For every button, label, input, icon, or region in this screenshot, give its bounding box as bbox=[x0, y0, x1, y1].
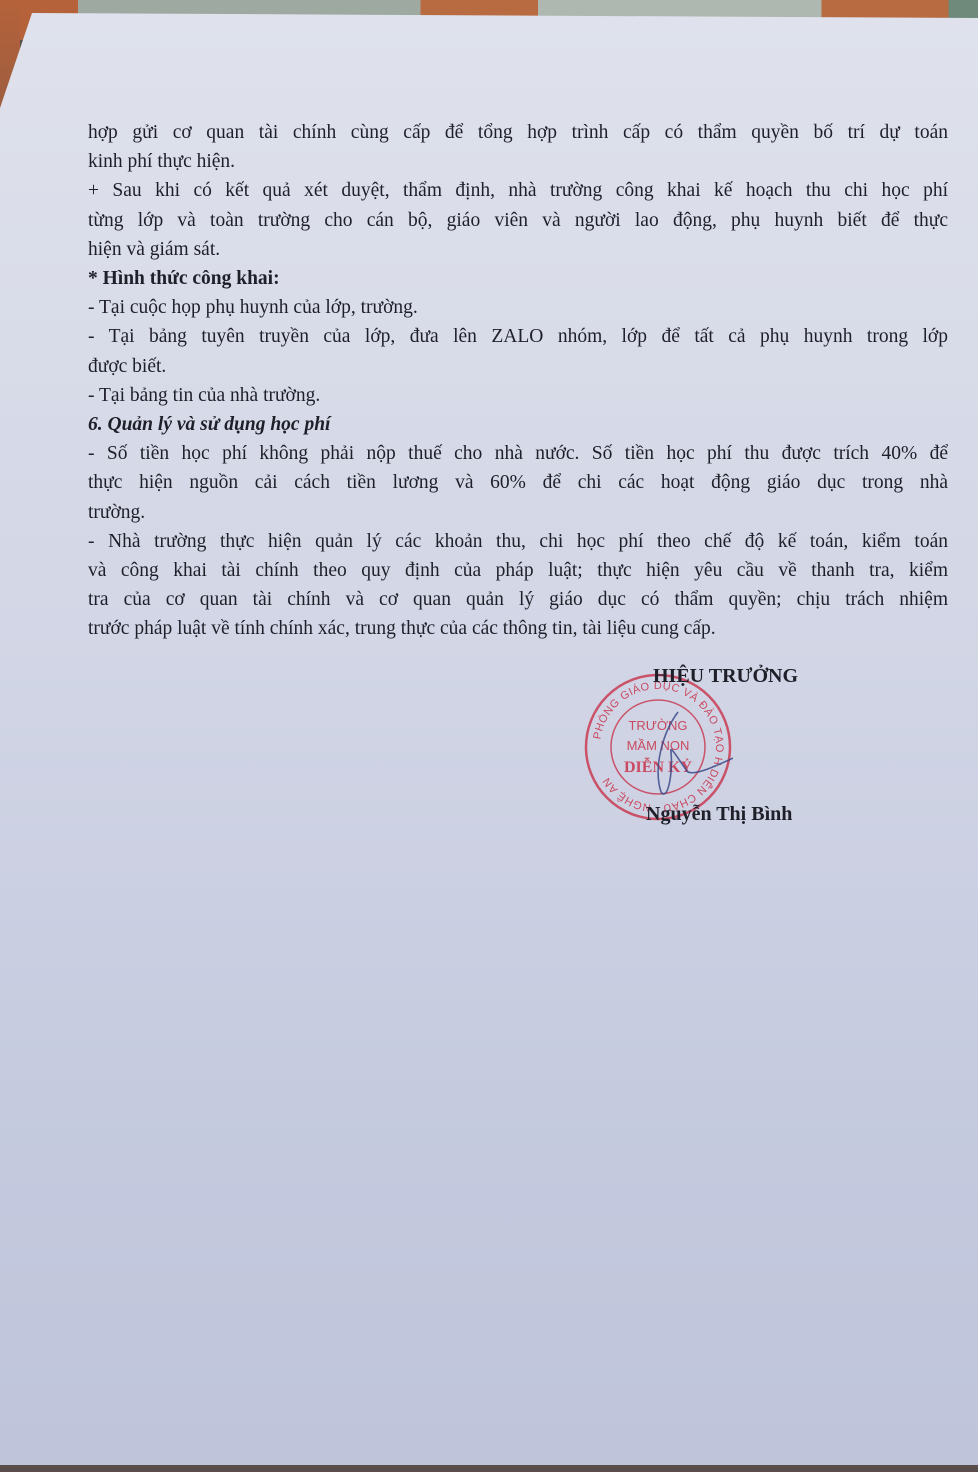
text-line: được biết. bbox=[88, 352, 948, 381]
text-line: 6. Quản lý và sử dụng học phí bbox=[88, 410, 948, 439]
signer-name: Nguyễn Thị Bình bbox=[646, 803, 792, 826]
text-line: hợp gửi cơ quan tài chính cùng cấp để tổ… bbox=[88, 118, 948, 147]
text-line: trước pháp luật về tính chính xác, trung… bbox=[88, 614, 948, 643]
text-line: thực hiện nguồn cải cách tiền lương và 6… bbox=[88, 468, 948, 497]
text-line: - Số tiền học phí không phải nộp thuế ch… bbox=[88, 439, 948, 468]
text-line: - Tại cuộc họp phụ huynh của lớp, trường… bbox=[88, 293, 948, 322]
text-line: - Tại bảng tuyên truyền của lớp, đưa lên… bbox=[88, 322, 948, 351]
svg-text:MẦM NON: MẦM NON bbox=[627, 738, 690, 753]
svg-text:TRƯỜNG: TRƯỜNG bbox=[628, 718, 687, 733]
text-line: từng lớp và toàn trường cho cán bộ, giáo… bbox=[88, 206, 948, 235]
text-line: tra của cơ quan tài chính và cơ quan quả… bbox=[88, 585, 948, 614]
school-stamp: PHÒNG GIÁO DỤC VÀ ĐÀO TẠO H.DIỄN CHÂU - … bbox=[583, 672, 733, 822]
text-line: - Tại bảng tin của nhà trường. bbox=[88, 381, 948, 410]
text-line: và công khai tài chính theo quy định của… bbox=[88, 556, 948, 585]
document-body: hợp gửi cơ quan tài chính cùng cấp để tổ… bbox=[88, 118, 948, 644]
text-line: trường. bbox=[88, 498, 948, 527]
signature-title: HIỆU TRƯỞNG bbox=[653, 665, 798, 688]
text-line: + Sau khi có kết quả xét duyệt, thẩm địn… bbox=[88, 176, 948, 205]
text-line: hiện và giám sát. bbox=[88, 235, 948, 264]
text-line: kinh phí thực hiện. bbox=[88, 147, 948, 176]
text-line: - Nhà trường thực hiện quản lý các khoản… bbox=[88, 527, 948, 556]
text-line: * Hình thức công khai: bbox=[88, 264, 948, 293]
